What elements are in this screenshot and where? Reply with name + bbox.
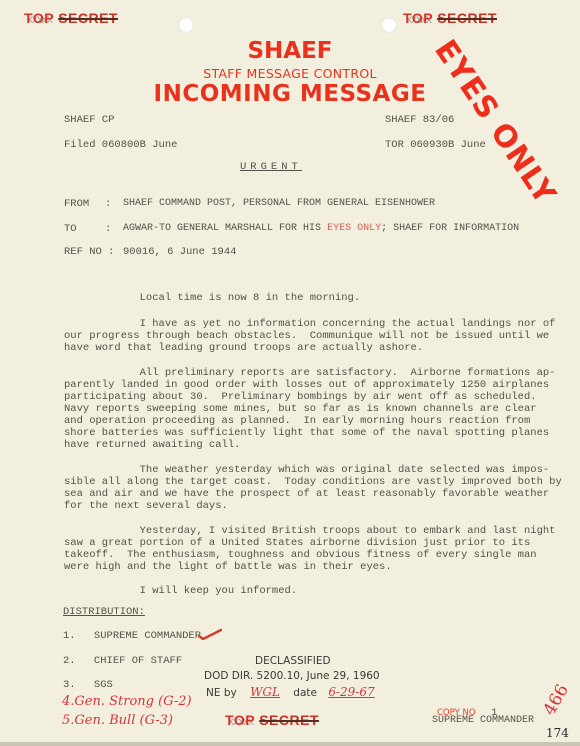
ref-label: REF NO : [64, 246, 114, 258]
to-value-suffix: ; SHAEF FOR INFORMATION [381, 223, 519, 234]
handwritten-number-red: 466 [539, 681, 573, 719]
document-page: XXXXXTOP SECRET XXXXXTOP SECRET SHAEF ST… [0, 0, 580, 742]
to-label: TO [64, 223, 77, 235]
origin: SHAEF CP [64, 114, 114, 126]
declassified-heading: DECLASSIFIED [255, 655, 331, 667]
page-edge [0, 742, 580, 746]
declassified-by-label: NE by [206, 687, 237, 699]
classification-struck: SECRET [437, 10, 497, 26]
time-of-receipt: TOR 060930B June [385, 139, 486, 151]
binder-hole-left [178, 17, 194, 33]
distribution-num: 2. [63, 655, 76, 667]
to-value: AGWAR-TO GENERAL MARSHALL FOR HIS EYES O… [123, 223, 519, 234]
paragraph-5: Yesterday, I visited British troops abou… [64, 525, 534, 573]
distribution-item: 3. SGS [63, 679, 113, 691]
distribution-name: CHIEF OF STAFF [94, 655, 182, 667]
from-sep: : [105, 198, 111, 210]
paragraph-4: The weather yesterday which was original… [64, 464, 534, 512]
priority-urgent: URGENT [240, 161, 302, 173]
classification-struck: SECRET [58, 10, 118, 26]
paragraph-1: Local time is now 8 in the morning. [64, 292, 534, 304]
distribution-name: Gen. Bull (G-3) [74, 713, 173, 728]
from-label: FROM [64, 198, 89, 210]
classification-top-left: XXXXXTOP SECRET [27, 10, 118, 27]
distribution-name: Gen. Strong (G-2) [74, 694, 191, 709]
classification-label: TOP [225, 712, 255, 728]
distribution-num: 3. [63, 679, 76, 691]
declassified-by-initials: WGL [240, 685, 290, 699]
declassified-date: 6-29-67 [320, 685, 382, 699]
filed-time: Filed 060800B June [64, 139, 177, 151]
distribution-name: SGS [94, 679, 113, 691]
distribution-num: 4. [62, 694, 74, 709]
org-title: SHAEF [0, 38, 580, 64]
classification-label: TOP [403, 10, 433, 26]
copy-recipient: SUPREME COMMANDER [432, 715, 534, 726]
distribution-item: 1. SUPREME COMMANDER [63, 630, 201, 642]
binder-hole-right [381, 17, 397, 33]
paragraph-3: All preliminary reports are satisfactory… [64, 367, 534, 451]
message-number: SHAEF 83/06 [385, 114, 454, 126]
handwritten-number-black: 174 [546, 726, 569, 740]
declassified-date-label: date [293, 687, 317, 699]
from-value: SHAEF COMMAND POST, PERSONAL FROM GENERA… [123, 198, 435, 209]
declassified-by: NE by WGL date 6-29-67 [206, 685, 383, 699]
classification-bottom: XXXXXTOP SECRET [228, 712, 319, 729]
distribution-num: 5. [62, 713, 74, 728]
checkmark-icon [198, 628, 222, 640]
to-sep: : [105, 223, 111, 235]
distribution-item: 2. CHIEF OF STAFF [63, 655, 182, 667]
distribution-heading: DISTRIBUTION: [63, 606, 145, 618]
handwritten-distribution-item: 4.Gen. Strong (G-2) [62, 694, 192, 709]
distribution-num: 1. [63, 630, 76, 642]
to-value-prefix: AGWAR-TO GENERAL MARSHALL FOR HIS [123, 223, 321, 234]
ref-value: 90016, 6 June 1944 [123, 246, 236, 258]
distribution-name: SUPREME COMMANDER [94, 630, 201, 642]
declassified-directive: DOD DIR. 5200.10, June 29, 1960 [204, 670, 380, 682]
ref-label-text: REF NO [64, 246, 102, 258]
header-subtitle: STAFF MESSAGE CONTROL [0, 66, 580, 81]
to-value-eyes-only: EYES ONLY [327, 223, 381, 234]
paragraph-6: I will keep you informed. [64, 585, 534, 597]
classification-label: TOP [24, 10, 54, 26]
paragraph-2: I have as yet no information concerning … [64, 318, 534, 354]
handwritten-distribution-item: 5.Gen. Bull (G-3) [62, 713, 173, 728]
classification-struck: SECRET [259, 712, 319, 728]
ref-sep: : [108, 246, 114, 258]
classification-top-right: XXXXXTOP SECRET [406, 10, 497, 27]
